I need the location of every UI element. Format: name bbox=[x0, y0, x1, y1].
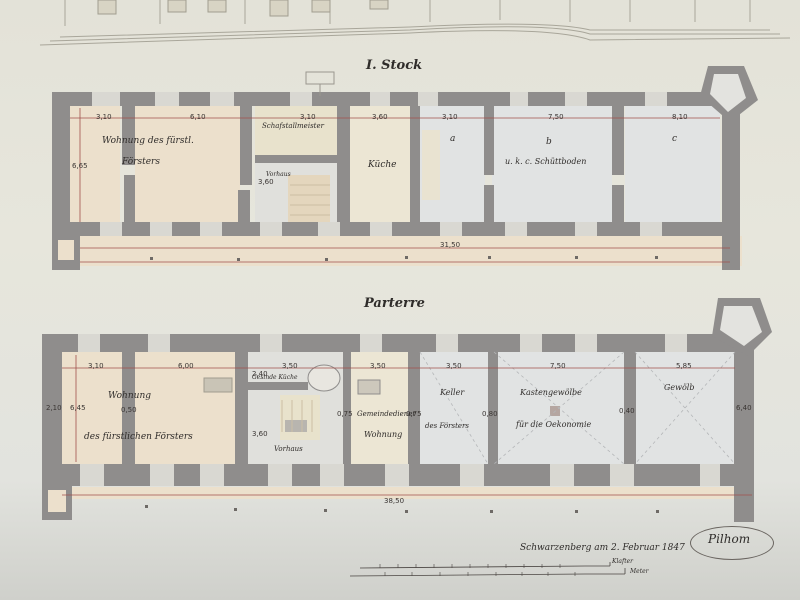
label-ground-kastengewoelb: Kastengewölbe bbox=[520, 388, 582, 397]
dim-ground-wall-2: 0,75 bbox=[337, 410, 353, 418]
label-ground-keller-foersters: des Försters bbox=[425, 422, 469, 430]
dim-ground-vorhaus-height: 3,60 bbox=[252, 430, 268, 438]
label-ground-foersters: des fürstlichen Försters bbox=[84, 432, 193, 442]
dim-ground-outer-wall: 2,10 bbox=[46, 404, 62, 412]
dim-ground-wall-5: 0,40 bbox=[619, 407, 635, 415]
signature: Pilhom bbox=[708, 532, 750, 546]
label-ground-keller: Keller bbox=[440, 388, 464, 397]
dim-ground-gesinde-width: 3,50 bbox=[282, 362, 298, 370]
label-ground-gemeinde-wohnung: Wohnung bbox=[364, 430, 402, 439]
dim-ground-gewoelb-width: 5,85 bbox=[676, 362, 692, 370]
label-ground-gesinde-kueche: Gesinde Küche bbox=[252, 374, 298, 381]
place-date: Schwarzenberg am 2. Februar 1847 bbox=[520, 543, 685, 553]
dim-ground-wall-1: 0,50 bbox=[121, 406, 137, 414]
dim-ground-room2-width: 6,00 bbox=[178, 362, 194, 370]
dim-ground-room1-height: 6,45 bbox=[70, 404, 86, 412]
dim-ground-kasten-width: 7,50 bbox=[550, 362, 566, 370]
label-ground-vorhaus: Vorhaus bbox=[274, 445, 303, 453]
label-ground-gewoelb: Gewölb bbox=[664, 383, 694, 392]
dim-ground-corridor: 38,50 bbox=[384, 497, 404, 505]
label-ground-gemeindediener: Gemeindediener bbox=[357, 410, 416, 418]
label-ground-wohnung: Wohnung bbox=[108, 391, 151, 401]
ground-floor-walls bbox=[0, 0, 800, 600]
scale-bar-drawing bbox=[340, 560, 640, 580]
dim-ground-wall-4: 0,80 bbox=[482, 410, 498, 418]
ground-floor-plan: 3,10 6,45 2,10 6,00 0,50 3,50 2,40 3,60 … bbox=[0, 0, 800, 600]
dim-ground-room1-width: 3,10 bbox=[88, 362, 104, 370]
dim-ground-gewoelb-height: 6,40 bbox=[736, 404, 752, 412]
scale-bar: Klafter Meter bbox=[340, 560, 640, 580]
dim-ground-keller-width: 3,50 bbox=[446, 362, 462, 370]
scale-label-meter: Meter bbox=[630, 568, 649, 575]
dim-ground-gemeinde-width: 3,50 bbox=[370, 362, 386, 370]
label-ground-oekonomie: für die Oekonomie bbox=[516, 420, 591, 429]
scale-label-klafter: Klafter bbox=[612, 558, 633, 565]
